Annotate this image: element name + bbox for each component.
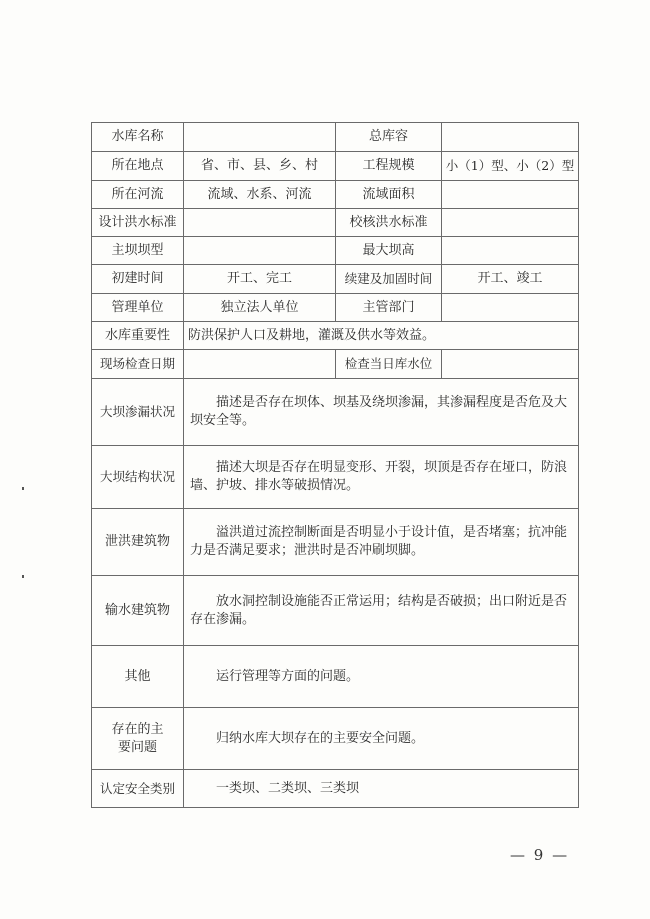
table-row: 所在地点 省、市、县、乡、村 工程规模 小（1）型、小（2）型 [92,152,579,181]
row-label: 所在地点 [92,152,184,181]
section-label: 认定安全类别 [92,770,184,808]
row-label: 初建时间 [92,265,184,294]
section-text: 一类坝、二类坝、三类坝 [184,770,579,808]
section-row: 泄洪建筑物 溢洪道过流控制断面是否明显小于设计值，是否堵塞；抗冲能力是否满足要求… [92,509,579,576]
table-row: 管理单位 独立法人单位 主管部门 [92,294,579,322]
section-row: 其他 运行管理等方面的问题。 [92,646,579,708]
row-label: 管理单位 [92,294,184,322]
section-text-body: 描述大坝是否存在明显变形、开裂，坝顶是否存在垭口，防浪墙、护坡、排水等破损情况。 [190,460,567,493]
row-value [442,209,579,237]
row-label: 所在河流 [92,181,184,209]
row-value: 流域、水系、河流 [184,181,336,209]
section-row: 大坝渗漏状况 描述是否存在坝体、坝基及绕坝渗漏，其渗漏程度是否危及大坝安全等。 [92,379,579,446]
row-value [442,123,579,152]
row-label: 最大坝高 [336,237,442,265]
row-value: 开工、竣工 [442,265,579,294]
row-label: 续建及加固时间 [336,265,442,294]
row-label: 水库重要性 [92,322,184,350]
table-row: 初建时间 开工、完工 续建及加固时间 开工、竣工 [92,265,579,294]
row-value [184,350,336,379]
section-text: 运行管理等方面的问题。 [184,646,579,708]
section-text: 描述大坝是否存在明显变形、开裂，坝顶是否存在垭口，防浪墙、护坡、排水等破损情况。 [184,446,579,509]
row-label: 总库容 [336,123,442,152]
row-label: 流域面积 [336,181,442,209]
section-label: 泄洪建筑物 [92,509,184,576]
section-row: 输水建筑物 放水洞控制设施能否正常运用；结构是否破损；出口附近是否存在渗漏。 [92,576,579,646]
row-value [442,181,579,209]
table-row: 现场检查日期 检查当日库水位 [92,350,579,379]
table-row: 水库名称 总库容 [92,123,579,152]
row-label: 主管部门 [336,294,442,322]
section-text-body: 溢洪道过流控制断面是否明显小于设计值，是否堵塞；抗冲能力是否满足要求；泄洪时是否… [190,525,567,558]
row-label: 工程规模 [336,152,442,181]
row-value: 省、市、县、乡、村 [184,152,336,181]
reservoir-inspection-table: 水库名称 总库容 所在地点 省、市、县、乡、村 工程规模 小（1）型、小（2）型… [91,122,579,808]
table-row: 设计洪水标准 校核洪水标准 [92,209,579,237]
section-row: 存在的主要问题 归纳水库大坝存在的主要安全问题。 [92,708,579,770]
section-row: 大坝结构状况 描述大坝是否存在明显变形、开裂，坝顶是否存在垭口，防浪墙、护坡、排… [92,446,579,509]
section-text: 归纳水库大坝存在的主要安全问题。 [184,708,579,770]
section-row: 认定安全类别 一类坝、二类坝、三类坝 [92,770,579,808]
section-text: 放水洞控制设施能否正常运用；结构是否破损；出口附近是否存在渗漏。 [184,576,579,646]
section-label: 存在的主要问题 [92,708,184,770]
section-text-body: 一类坝、二类坝、三类坝 [216,781,359,796]
section-text-body: 运行管理等方面的问题。 [216,669,359,684]
row-value [184,237,336,265]
row-label: 主坝坝型 [92,237,184,265]
row-value [442,237,579,265]
row-label: 水库名称 [92,123,184,152]
section-text: 溢洪道过流控制断面是否明显小于设计值，是否堵塞；抗冲能力是否满足要求；泄洪时是否… [184,509,579,576]
scan-speck [22,575,24,578]
row-value [184,123,336,152]
section-label: 输水建筑物 [92,576,184,646]
table-row: 主坝坝型 最大坝高 [92,237,579,265]
row-label: 现场检查日期 [92,350,184,379]
section-text-body: 归纳水库大坝存在的主要安全问题。 [216,731,424,746]
row-value: 开工、完工 [184,265,336,294]
row-value: 独立法人单位 [184,294,336,322]
section-text-body: 放水洞控制设施能否正常运用；结构是否破损；出口附近是否存在渗漏。 [190,594,567,627]
row-label: 设计洪水标准 [92,209,184,237]
table-row: 水库重要性 防洪保护人口及耕地，灌溉及供水等效益。 [92,322,579,350]
row-label: 检查当日库水位 [336,350,442,379]
section-text: 描述是否存在坝体、坝基及绕坝渗漏，其渗漏程度是否危及大坝安全等。 [184,379,579,446]
table-row: 所在河流 流域、水系、河流 流域面积 [92,181,579,209]
scan-speck [22,487,24,490]
row-value [184,209,336,237]
section-label: 大坝结构状况 [92,446,184,509]
section-label: 其他 [92,646,184,708]
row-value: 小（1）型、小（2）型 [442,152,579,181]
section-label: 大坝渗漏状况 [92,379,184,446]
row-value [442,350,579,379]
section-text-body: 描述是否存在坝体、坝基及绕坝渗漏，其渗漏程度是否危及大坝安全等。 [190,395,567,428]
page-number: — 9 — [510,846,569,864]
row-label: 校核洪水标准 [336,209,442,237]
row-value: 防洪保护人口及耕地，灌溉及供水等效益。 [184,322,579,350]
row-value [442,294,579,322]
